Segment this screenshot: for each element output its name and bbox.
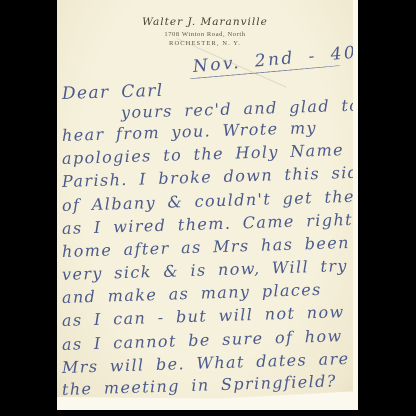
letterhead: Walter J. Maranville 1708 Winton Road, N… [57, 16, 353, 48]
letter-photo: Walter J. Maranville 1708 Winton Road, N… [57, 0, 358, 410]
salutation: Dear Carl [62, 81, 164, 104]
letter-paper: Walter J. Maranville 1708 Winton Road, N… [57, 0, 353, 401]
photo-background: Walter J. Maranville 1708 Winton Road, N… [0, 0, 416, 416]
letterhead-name: Walter J. Maranville [57, 16, 353, 28]
letterhead-address: 1708 Winton Road, North [57, 31, 353, 40]
